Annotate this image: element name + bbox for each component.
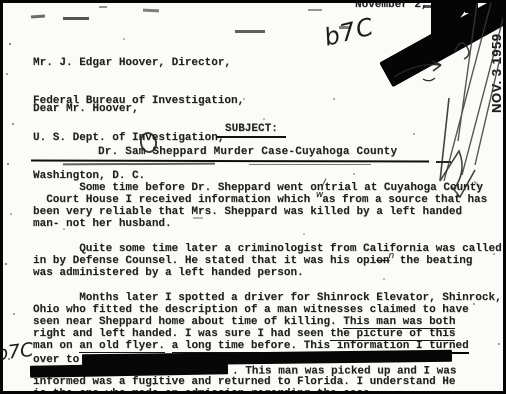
body-text-segment (297, 340, 304, 352)
paragraph: Months later I spotted a driver for Shin… (33, 292, 493, 394)
address-line: U. S. Dept. of Investigation, (33, 132, 244, 145)
body-line: man- not her husband. (33, 218, 493, 230)
body-line: been very reliable that Mrs. Sheppard wa… (33, 206, 493, 218)
body-text-segment: the beating (393, 255, 472, 267)
body-line: over to (33, 352, 493, 364)
handwritten-b7c-annotation-top: b7C (321, 12, 377, 51)
body-line: Court House I received information which… (33, 194, 493, 206)
paragraph: Quite some time later a criminologist fr… (33, 243, 493, 279)
body-text-segment: is the one who made an admission regardi… (33, 388, 376, 394)
body-text-segment: Quite some time later a criminologist fr… (33, 243, 502, 255)
subject-underline-dash (436, 161, 451, 163)
body-line: informed was a fugitive and returned to … (33, 376, 493, 388)
body-line: is the one who made an admission regardi… (33, 388, 493, 394)
body-text-segment: been very reliable that Mrs. Sheppard wa… (33, 206, 462, 218)
body-line: in by Defense Counsel. He stated that it… (33, 255, 493, 267)
subject-title: Dr. Sam Sheppard Murder Case-Cuyahoga Co… (98, 146, 397, 158)
body-text-segment: w (316, 190, 323, 200)
body-text-segment: Some time before Dr. Sheppard went on (33, 182, 323, 194)
body-line: . This man was picked up and I was (33, 364, 493, 376)
address-line: Mr. J. Edgar Hoover, Director, (33, 57, 244, 70)
body-text-segment: n (388, 251, 394, 261)
body-line: Ohio who fitted the description of a man… (33, 304, 493, 316)
paragraph: Some time before Dr. Sheppard went on/tr… (33, 182, 493, 230)
body-text-segment: Court House I received information which (33, 194, 317, 206)
body-text-segment: was administered by a left handed person… (33, 267, 304, 279)
body-line: right and left handed. I was sure I had … (33, 328, 493, 340)
body-text-segment: / (322, 178, 325, 188)
body-text-segment: informed was a fugitive and returned to … (33, 376, 455, 388)
body-line: Some time before Dr. Sheppard went on/tr… (33, 182, 493, 194)
body-text-segment: in by Defense Counsel. He stated that it… (33, 255, 376, 267)
subject-label: SUBJECT: (217, 123, 286, 138)
body-text-segment: man on (33, 340, 79, 352)
scan-noise-speckles (3, 3, 5, 5)
body-text-segment: man- not her husband. (33, 218, 172, 230)
handwritten-b7c-annotation-bottom: b7C (0, 339, 35, 365)
body-text-segment: Months later I spotted a driver for Shin… (33, 292, 502, 304)
handwritten-scrawl (440, 43, 475, 197)
body-text-segment: trial at Cuyahoga County (325, 182, 483, 194)
scanned-letter-document: November 2, 1959. b7C NOV. 3 1959 Mr. J.… (0, 0, 506, 394)
body-line: Months later I spotted a driver for Shin… (33, 292, 493, 304)
letter-body: Some time before Dr. Sheppard went on/tr… (33, 182, 493, 394)
subject-underline-hand (249, 164, 371, 166)
body-line: Quite some time later a criminologist fr… (33, 243, 493, 255)
body-text-segment (165, 340, 172, 352)
received-date-stamp: NOV. 3 1959 (489, 29, 504, 113)
address-line: Washington, D. C. (33, 170, 244, 183)
body-line: was administered by a left handed person… (33, 267, 493, 279)
body-text-segment: right and left handed. I was sure I had … (33, 328, 330, 340)
body-text-segment: Ohio who fitted the description of a man… (33, 304, 469, 316)
redaction-bar (30, 362, 228, 377)
body-text-segment: seen near Sheppard home about time of ki… (33, 316, 343, 328)
body-text-segment: as from a source that has (322, 194, 487, 206)
body-line: seen near Sheppard home about time of ki… (33, 316, 493, 328)
greeting: Dear Mr. Hoover, (33, 103, 139, 115)
address-block: Mr. J. Edgar Hoover, Director, Federal B… (33, 32, 244, 207)
